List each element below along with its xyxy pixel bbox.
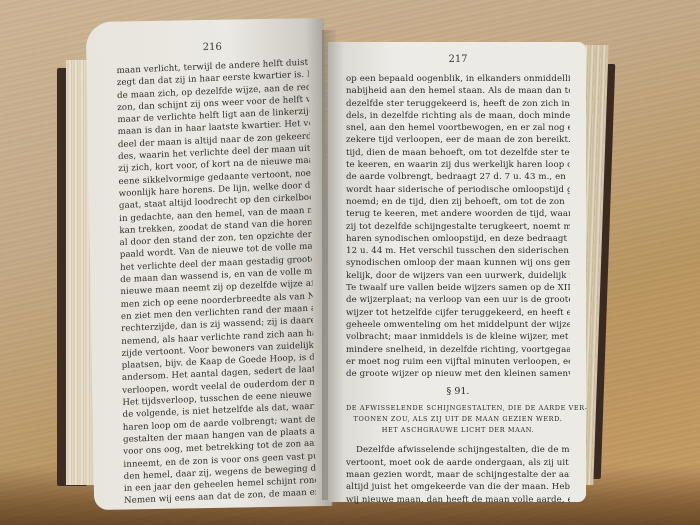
text-line: haren synodischen omloopstijd, en deze b… [346,233,570,245]
text-line: synodischen omloop der maan kunnen wij o… [346,257,570,269]
text-line: tijd, dien de maan behoeft, om tot dezel… [346,147,570,159]
text-line: de groote wijzer op nieuw met den kleine… [346,368,570,380]
text-line: de wijzerplaat; na verloop van een uur i… [346,294,570,306]
section-number: § 91. [346,386,570,397]
text-line: altijd juist het omgekeerde van die der … [346,481,570,493]
text-line: noemd; en de tijd, dien zij behoeft, om … [346,196,570,208]
text-line: geheele omwenteling om het middelpunt de… [346,319,570,331]
text-line: Te twaalf ure vallen beide wijzers samen… [346,282,570,294]
page-number: 216 [116,40,308,54]
text-line: zekere tijd verloopen, eer de maan de zo… [346,134,570,146]
text-line: te keeren, en waarin zij dus werkelijk h… [346,159,570,171]
text-line: wij nieuwe maan, dan heeft de maan volle… [346,494,570,506]
left-page-text: maan verlicht, terwijl de andere helft d… [116,59,316,505]
heading-line: HET ASCHGRAUWE LICHT DER MAAN. [346,425,570,436]
text-line: kelijk, door de wijzers van een uurwerk,… [346,270,570,282]
text-line: Dezelfde afwisselende schijngestalten, d… [346,444,570,456]
text-line: op een bepaald oogenblik, in elkanders o… [346,73,570,85]
text-line: zij tot dezelfde schijngestalte terugkee… [346,221,570,233]
text-line: mindere snelheid, in dezelfde richting, … [346,344,570,356]
text-line: nabijheid aan den hemel staan. Als de ma… [346,85,570,97]
text-line: volbracht; maar inmiddels is de kleine w… [346,331,570,343]
heading-line: TOONEN ZOU, ALS ZIJ UIT DE MAAN GEZIEN W… [346,414,570,425]
text-line: maan gezien wordt, maar de schijngestalt… [346,469,570,481]
text-line: er moet nog ruim een vijftal minuten ver… [346,356,570,368]
section-heading: DE AFWISSELENDE SCHIJNGESTALTEN, DIE DE … [346,403,570,436]
text-line: wijzer tot hetzelfde cijfer teruggekeerd… [346,307,570,319]
right-page: 217 op een bepaald oogenblik, in elkande… [328,42,586,502]
heading-line: DE AFWISSELENDE SCHIJNGESTALTEN, DIE DE … [346,403,570,414]
text-line: de aarde volbrengt, bedraagt 27 d. 7 u. … [346,171,570,183]
right-page-text: op een bepaald oogenblik, in elkanders o… [346,73,570,380]
text-line: dels, in dezelfde richting als de maan, … [346,110,570,122]
text-line: vertoont, moet ook de aarde ondergaan, a… [346,457,570,469]
text-line: wordt haar siderische of periodische oml… [346,184,570,196]
text-line: snel, aan den hemel voortbewogen, en er … [346,122,570,134]
text-line: 12 u. 44 m. Het verschil tusschen den si… [346,245,570,257]
text-line: dezelfde ster teruggekeerd is, heeft de … [346,98,570,110]
section-text: Dezelfde afwisselende schijngestalten, d… [346,444,570,505]
left-page: 216 maan verlicht, terwijl de andere hel… [86,18,332,510]
text-line: terug te keeren, met andere woorden de t… [346,208,570,220]
page-number: 217 [346,54,570,65]
